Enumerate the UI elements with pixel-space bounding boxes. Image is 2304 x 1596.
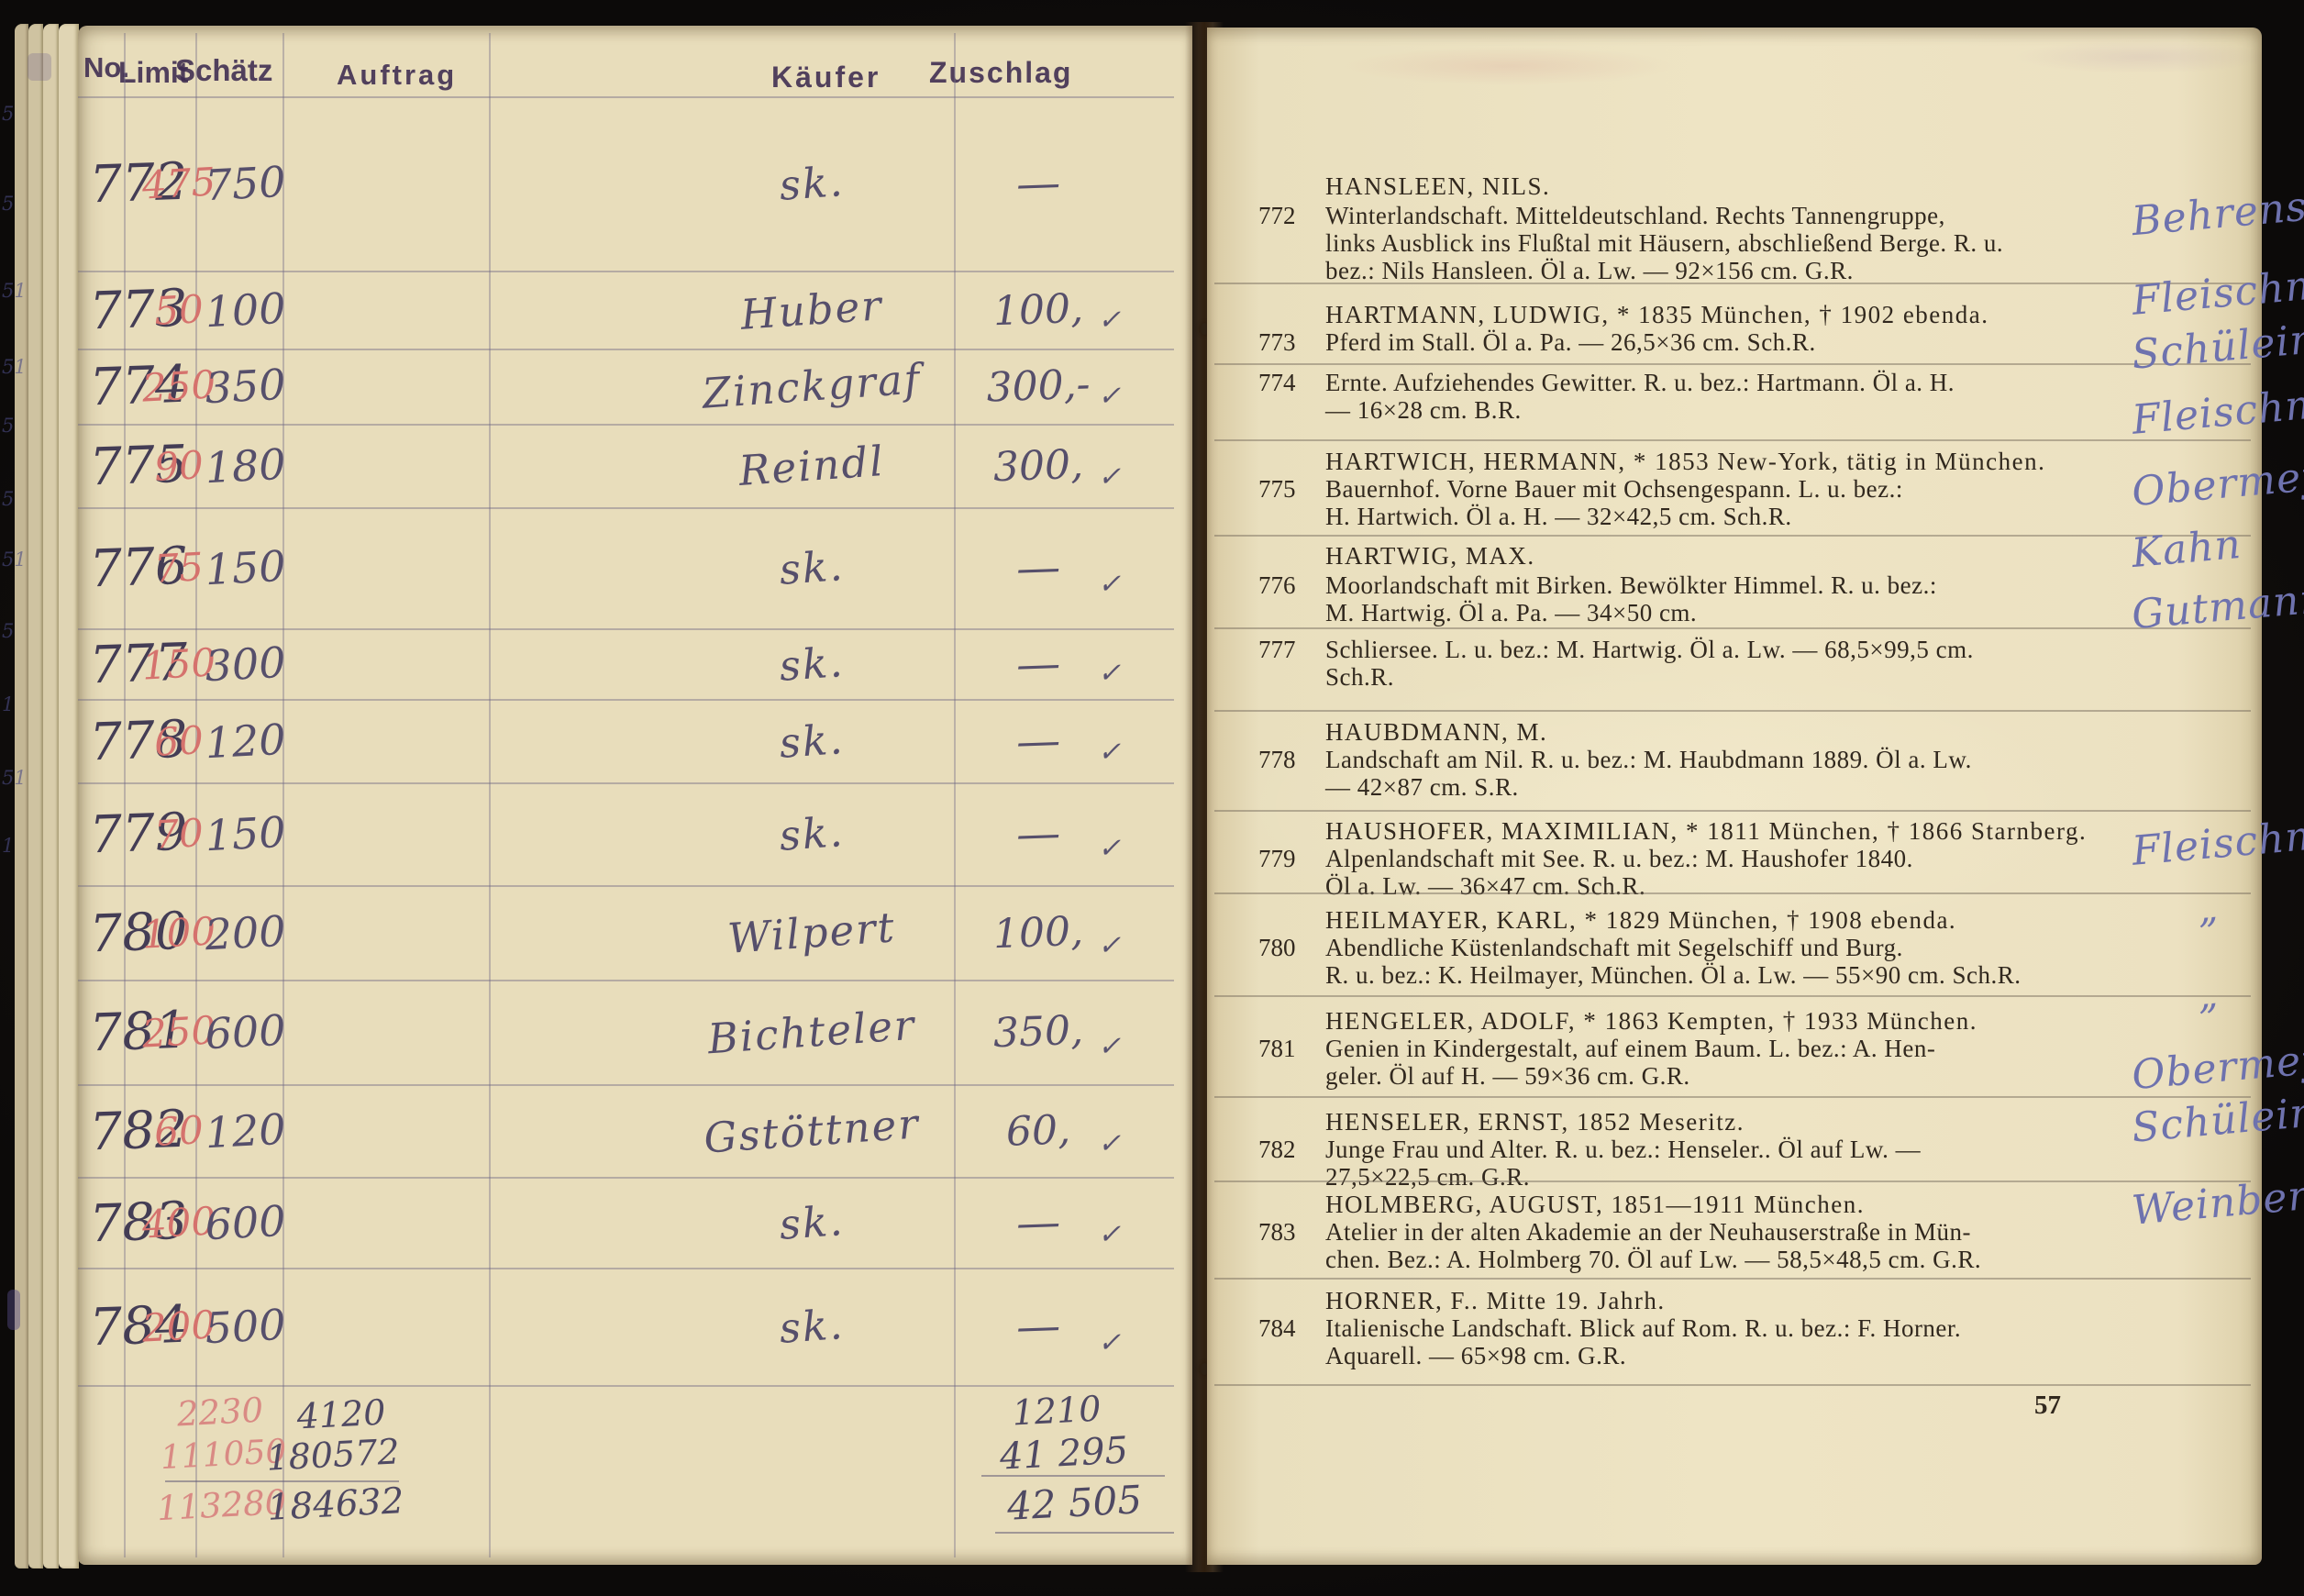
catalog-text-line: Bauernhof. Vorne Bauer mit Ochsengespann… [1325,475,1903,504]
buyer-name-annotation: Behrens [2130,183,2304,246]
buyer-name-annotation: Fleischmann [2130,254,2304,325]
limit-carryover: 111050 [160,1434,271,1477]
ledger-page: No. Limit Schätz Auftrag Käufer Zuschlag… [78,26,1192,1565]
column-header-kaeufer: Käufer [771,61,881,94]
page-edge-number: 51 [2,767,29,789]
hammer-carryover: 41 295 [976,1428,1152,1480]
catalog-lot-number: 783 [1258,1218,1296,1247]
ledger-row: 77675150sk.—✓ [78,507,1179,628]
buyer-name-annotation: „ [2196,885,2221,932]
check-mark: ✓ [1098,569,1121,601]
buyer-name-annotation: Schülein [2130,1089,2304,1151]
ledger-row: 77590180Reindl300,✓ [78,424,1179,507]
estimate-subtotal: 4120 [281,1391,402,1438]
page-edge-number: 5 [2,415,29,437]
catalog-text-line: R. u. bez.: K. Heilmayer, München. Öl a.… [1325,961,2022,990]
ledger-row: 777150300sk.—✓ [78,628,1179,699]
estimate-value: 200 [196,905,295,959]
ledger-row: 77860120sk.—✓ [78,699,1179,782]
ledger-row: 781250600Bichteler350,✓ [78,980,1179,1084]
entry-separator-line [1214,1096,2251,1098]
buyer-name-annotation: Fleischmann [2130,373,2304,444]
catalog-text-line: — 42×87 cm. S.R. [1325,773,1519,802]
catalog-text-line: Abendliche Küstenlandschaft mit Segelsch… [1325,934,1903,962]
catalog-text-line: Ernte. Aufziehendes Gewitter. R. u. bez.… [1325,369,1955,397]
hammer-price: 100, [959,906,1117,959]
auction-ledger-book-photo: 555151555151511 No. Limit Schätz Auftrag… [0,0,2304,1596]
catalog-lot-number: 778 [1258,746,1296,774]
hammer-price: — [959,1298,1117,1355]
check-mark: ✓ [1098,1030,1121,1062]
page-edge-number: 5 [2,103,29,125]
column-header-auftrag: Auftrag [337,59,457,92]
catalog-text-line: Öl a. Lw. — 36×47 cm. Sch.R. [1325,872,1645,901]
catalog-text-line: H. Hartwich. Öl a. H. — 32×42,5 cm. Sch.… [1325,503,1792,531]
entry-separator-line [1214,1180,2251,1182]
estimate-value: 150 [196,806,295,860]
catalog-text-line: links Ausblick ins Flußtal mit Häusern, … [1325,229,2003,258]
catalog-lot-number: 772 [1258,202,1296,230]
catalog-text-line: Moorlandschaft mit Birken. Bewölkter Him… [1325,571,1937,600]
ink-blot [28,53,51,81]
page-edge-strip [15,24,28,1568]
buyer-name-annotation: Weinberger [2130,1166,2304,1234]
page-edge-number: 51 [2,549,29,571]
ledger-row: 77970150sk.—✓ [78,782,1179,885]
check-mark: ✓ [1098,1219,1121,1251]
page-edge-strip [28,24,43,1568]
page-edge-number: 5 [2,620,29,642]
check-mark: ✓ [1098,305,1121,337]
hammer-price: — [959,1194,1117,1251]
hammer-price: 300,- [959,360,1117,413]
buyer-name-annotation: Obermeyer [2130,449,2304,515]
hammer-price: 60, [959,1104,1117,1157]
estimate-value: 120 [196,714,295,768]
buyer-name-annotation: Obermeyer [2130,1032,2304,1099]
entry-separator-line [1214,710,2251,712]
catalog-text-line: Italienische Landschaft. Blick auf Rom. … [1325,1314,1961,1343]
ledger-row: 78260120Gstöttner60,✓ [78,1084,1179,1177]
entry-separator-line [1214,892,2251,894]
hammer-price: — [959,155,1117,212]
ledger-row: 783400600sk.—✓ [78,1177,1179,1268]
check-mark: ✓ [1098,381,1121,413]
hammer-price: — [959,805,1117,862]
estimate-value: 600 [196,1195,295,1249]
catalog-text-line: Genien in Kindergestalt, auf einem Baum.… [1325,1035,1935,1063]
ledger-row: 772475750sk.— [78,96,1179,271]
artist-heading: HENSELER, ERNST, 1852 Meseritz. [1325,1108,1745,1136]
entry-separator-line [1214,810,2251,812]
page-edge-number: 51 [2,356,29,378]
buyer-name-annotation: Gutmann [2130,575,2304,638]
catalog-text-line: Schliersee. L. u. bez.: M. Hartwig. Öl a… [1325,636,1974,664]
catalog-lot-number: 774 [1258,369,1296,397]
catalog-text-line: Sch.R. [1325,663,1394,692]
artist-heading: HOLMBERG, AUGUST, 1851—1911 München. [1325,1191,1865,1219]
buyer-name-annotation: „ [2196,971,2221,1018]
catalog-lot-number: 775 [1258,475,1296,504]
estimate-carryover: 180572 [259,1431,407,1479]
estimate-value: 750 [196,156,295,210]
artist-heading: HANSLEEN, NILS. [1325,172,1550,201]
hammer-price: — [959,636,1117,693]
catalog-lot-number: 776 [1258,571,1296,600]
limit-subtotal: 2230 [169,1390,271,1435]
check-mark: ✓ [1098,461,1121,493]
hammer-grand-total: 42 505 [980,1476,1169,1531]
entry-separator-line [1214,627,2251,629]
page-edge-number: 1 [2,835,29,857]
check-mark: ✓ [1098,1127,1121,1159]
estimate-value: 150 [196,540,295,594]
entry-separator-line [1214,439,2251,441]
catalog-lot-number: 777 [1258,636,1296,664]
ledger-row: 780100200Wilpert100,✓ [78,885,1179,980]
artist-heading: HEILMAYER, KARL, * 1829 München, † 1908 … [1325,906,1956,935]
buyer-name-annotation: Schülein [2130,316,2304,378]
estimate-value: 100 [196,283,295,337]
catalog-text-line: bez.: Nils Hansleen. Öl a. Lw. — 92×156 … [1325,257,1854,285]
ledger-row: 774250350Zinckgraf300,-✓ [78,349,1179,424]
catalog-lot-number: 784 [1258,1314,1296,1343]
catalog-text-line: geler. Öl auf H. — 59×36 cm. G.R. [1325,1062,1690,1091]
catalog-page: HANSLEEN, NILS.Winterlandschaft. Mitteld… [1207,28,2262,1565]
catalog-text-line: — 16×28 cm. B.R. [1325,396,1522,425]
page-number: 57 [2034,1391,2061,1421]
hammer-price: 300, [959,439,1117,492]
entry-separator-line [1214,1384,2251,1386]
artist-heading: HAUBDMANN, M. [1325,718,1547,747]
buyer-name-annotation: Fleischmann [2130,804,2304,875]
hammer-price: 350, [959,1006,1117,1058]
entry-separator-line [1214,363,2251,365]
estimate-grand-total: 184632 [257,1480,415,1530]
estimate-value: 350 [196,359,295,413]
artist-heading: HORNER, F.. Mitte 19. Jahrh. [1325,1287,1666,1315]
page-edge-number: 51 [2,280,29,302]
entry-separator-line [1214,535,2251,537]
buyer-name-annotation: Kahn [2130,521,2243,577]
catalog-text-line: Landschaft am Nil. R. u. bez.: M. Haubdm… [1325,746,1972,774]
estimate-value: 600 [196,1004,295,1058]
entry-separator-line [1214,283,2251,284]
catalog-text-line: Winterlandschaft. Mitteldeutschland. Rec… [1325,202,1945,230]
page-edge-number: 5 [2,488,29,510]
artist-heading: HARTWIG, MAX. [1325,542,1535,571]
hammer-subtotal: 1210 [996,1388,1117,1435]
check-mark: ✓ [1098,658,1121,690]
page-edge-strip [43,24,59,1568]
ledger-row: 784200500sk.—✓ [78,1268,1179,1385]
entry-separator-line [1214,1278,2251,1280]
totals-rule [995,1532,1174,1534]
hammer-price: — [959,713,1117,770]
catalog-lot-number: 781 [1258,1035,1296,1063]
artist-heading: HARTWICH, HERMANN, * 1853 New-York, täti… [1325,448,2045,476]
entry-separator-line [1214,995,2251,997]
limit-grand-total: 113280 [156,1483,272,1528]
artist-heading: HAUSHOFER, MAXIMILIAN, * 1811 München, †… [1325,817,2087,846]
estimate-value: 300 [196,637,295,691]
catalog-lot-number: 782 [1258,1136,1296,1164]
catalog-text-line: Alpenlandschaft mit See. R. u. bez.: M. … [1325,845,1913,873]
column-header-schaetz: Schätz [175,53,272,88]
estimate-value: 500 [196,1299,295,1353]
check-mark: ✓ [1098,832,1121,864]
estimate-value: 120 [196,1103,295,1158]
check-mark: ✓ [1098,1326,1121,1358]
page-edge-number: 5 [2,193,29,215]
ledger-row: 77350100Huber100,✓ [78,271,1179,349]
page-edge-number: 1 [2,693,29,715]
catalog-lot-number: 779 [1258,845,1296,873]
catalog-lot-number: 773 [1258,328,1296,357]
ink-blot [7,1290,20,1330]
row-separator-line [78,1385,1174,1387]
estimate-value: 180 [196,438,295,493]
hammer-price: 100, [959,283,1117,336]
catalog-text-line: chen. Bez.: A. Holmberg 70. Öl auf Lw. —… [1325,1246,1981,1274]
check-mark: ✓ [1098,737,1121,769]
artist-heading: HENGELER, ADOLF, * 1863 Kempten, † 1933 … [1325,1007,1977,1036]
catalog-lot-number: 780 [1258,934,1296,962]
catalog-text-line: Junge Frau und Alter. R. u. bez.: Hensel… [1325,1136,1921,1164]
catalog-text-line: Aquarell. — 65×98 cm. G.R. [1325,1342,1626,1370]
hammer-price: — [959,539,1117,596]
check-mark: ✓ [1098,929,1121,961]
catalog-text-line: 27,5×22,5 cm. G.R. [1325,1163,1530,1191]
artist-heading: HARTMANN, LUDWIG, * 1835 München, † 1902… [1325,301,1989,329]
catalog-text-line: M. Hartwig. Öl a. Pa. — 34×50 cm. [1325,599,1697,627]
catalog-text-line: Atelier in der alten Akademie an der Neu… [1325,1218,1971,1247]
catalog-text-line: Pferd im Stall. Öl a. Pa. — 26,5×36 cm. … [1325,328,1816,357]
column-header-zuschlag: Zuschlag [929,56,1072,90]
